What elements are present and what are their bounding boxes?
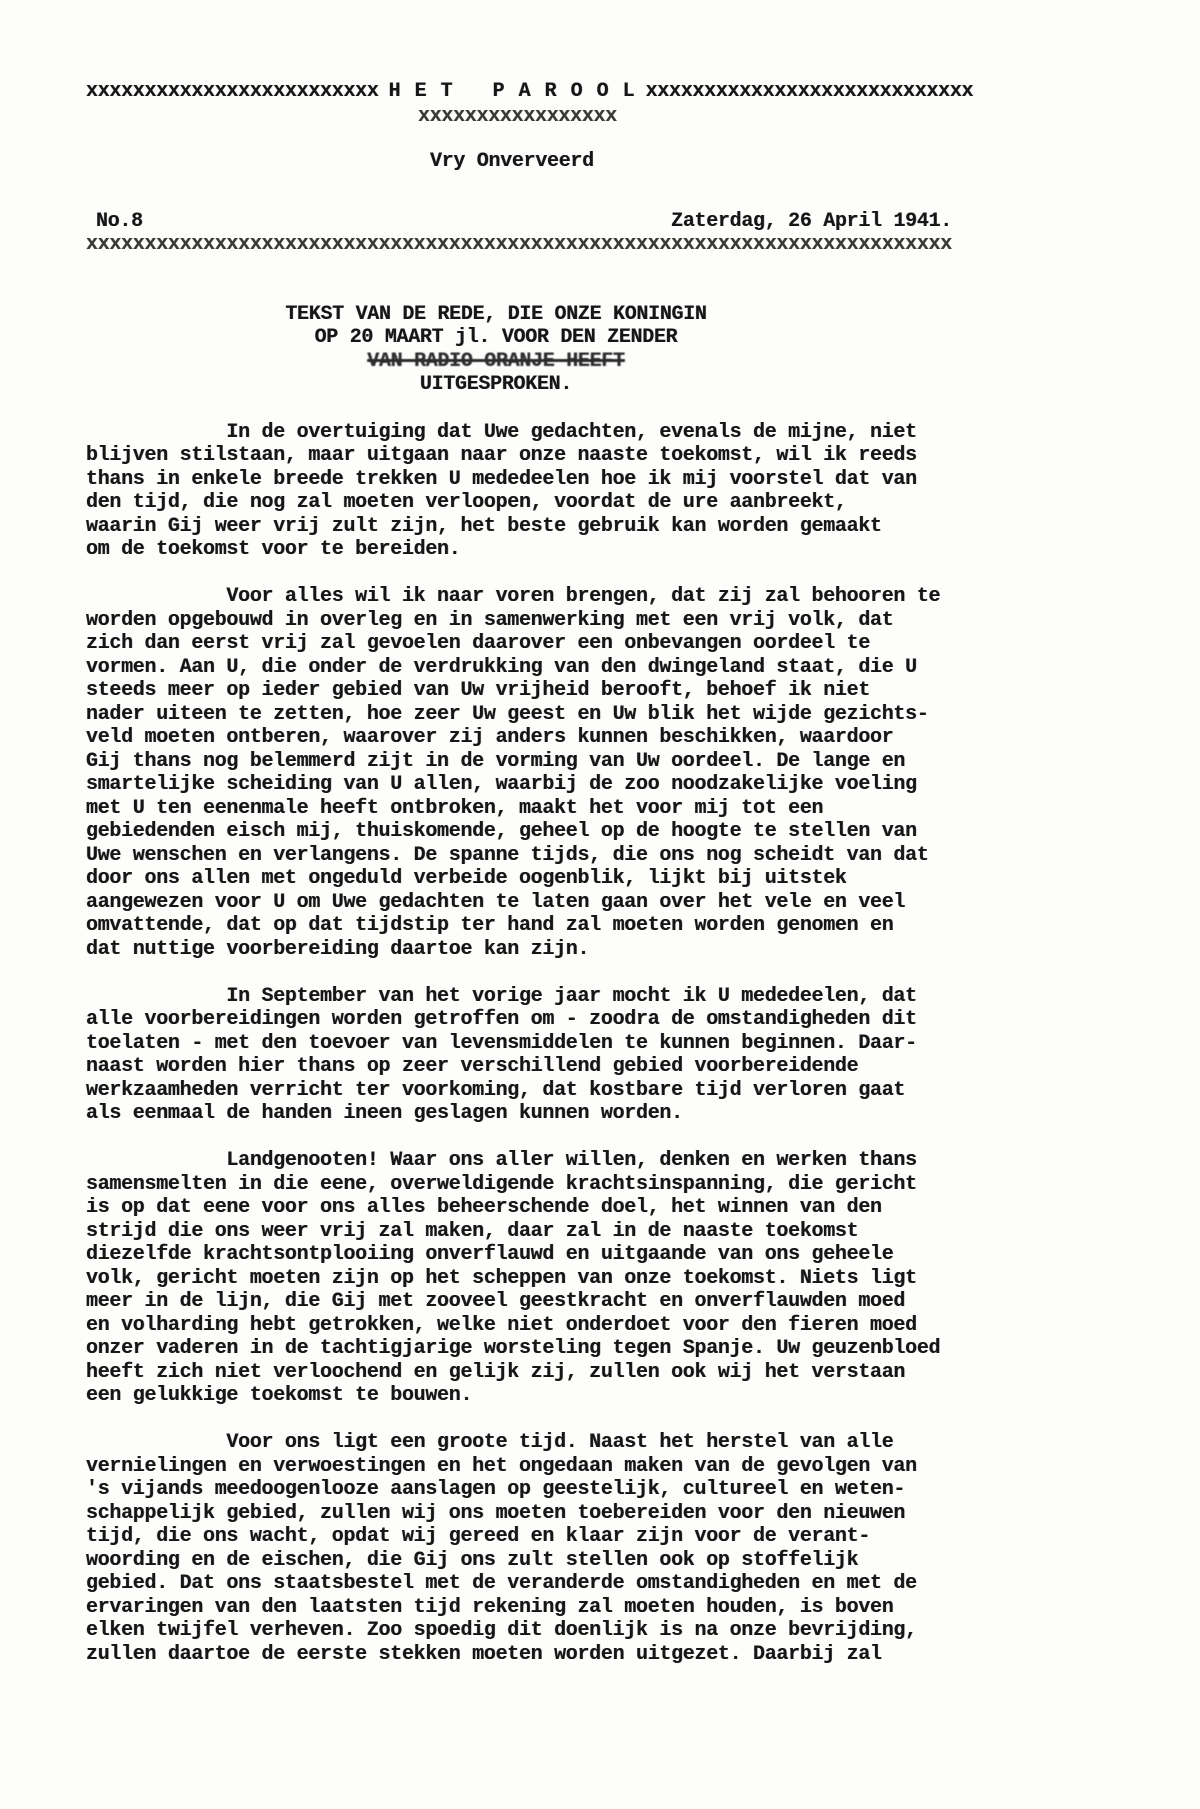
masthead-line: xxxxxxxxxxxxxxxxxxxxxxxxxH E T P A R O O… [86, 80, 1200, 104]
article-paragraph: In September van het vorige jaar mocht i… [86, 985, 1046, 1126]
article-paragraph: Voor alles wil ik naar voren brengen, da… [86, 585, 1046, 961]
article-paragraph: In de overtuiging dat Uwe gedachten, eve… [86, 421, 1046, 562]
article-paragraph: Landgenooten! Waar ons aller willen, den… [86, 1149, 1046, 1408]
article-title-line-2: OP 20 MAART jl. VOOR DEN ZENDER [86, 326, 906, 350]
article-title: TEKST VAN DE REDE, DIE ONZE KONINGIN OP … [86, 303, 906, 397]
issue-date: Zaterdag, 26 April 1941. [671, 210, 952, 234]
masthead-underline-x-row: xxxxxxxxxxxxxxxxx [418, 105, 1200, 129]
masthead-right-x-row: xxxxxxxxxxxxxxxxxxxxxxxxxxxx [646, 80, 974, 104]
article-title-line-3-struck: VAN RADIO ORANJE HEEFT [86, 350, 906, 374]
article-title-line-4: UITGESPROKEN. [86, 373, 906, 397]
article-paragraph: Voor ons ligt een groote tijd. Naast het… [86, 1431, 1046, 1666]
article-title-line-1: TEKST VAN DE REDE, DIE ONZE KONINGIN [86, 303, 906, 327]
scanned-newspaper-page: xxxxxxxxxxxxxxxxxxxxxxxxxH E T P A R O O… [0, 0, 1200, 1809]
masthead-title: H E T P A R O O L [389, 80, 636, 104]
masthead-left-x-row: xxxxxxxxxxxxxxxxxxxxxxxxx [86, 80, 379, 104]
motto: Vry Onverveerd [430, 150, 1200, 174]
x-divider-row: xxxxxxxxxxxxxxxxxxxxxxxxxxxxxxxxxxxxxxxx… [86, 233, 1200, 257]
article-body: In de overtuiging dat Uwe gedachten, eve… [86, 421, 1046, 1667]
issue-row: No.8 Zaterdag, 26 April 1941. [86, 210, 952, 234]
issue-number: No.8 [96, 210, 143, 234]
